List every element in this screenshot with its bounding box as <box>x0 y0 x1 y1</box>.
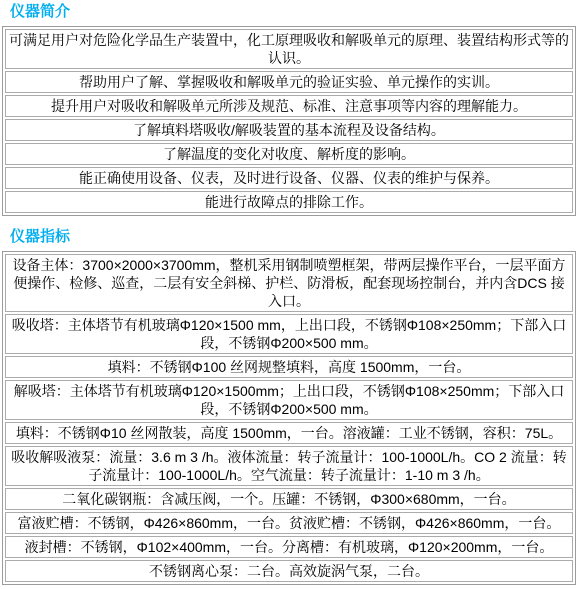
table-row: 吸收塔：主体塔节有机玻璃Φ120×1500 mm，上出口段，不锈钢Φ108×25… <box>5 314 573 354</box>
table-row: 提升用户对吸收和解吸单元所涉及规范、标准、注意事项等内容的理解能力。 <box>5 95 573 117</box>
intro-table: 可满足用户对危险化学品生产装置中，化工原理吸收和解吸单元的原理、装置结构形式等的… <box>2 26 576 216</box>
table-row-text: 了解温度的变化对收度、解析度的影响。 <box>5 143 573 165</box>
specs-section-title: 仪器指标 <box>10 228 580 245</box>
table-row: 能进行故障点的排除工作。 <box>5 191 573 213</box>
specs-table-body: 设备主体：3700×2000×3700mm，整机采用钢制喷塑框架，带两层操作平台… <box>5 254 573 582</box>
table-row: 填料：不锈钢Φ10 丝网散装，高度 1500mm，一台。溶液罐：工业不锈钢，容积… <box>5 422 573 444</box>
table-row: 填料：不锈钢Φ100 丝网规整填料，高度 1500mm，一台。 <box>5 356 573 378</box>
table-row: 设备主体：3700×2000×3700mm，整机采用钢制喷塑框架，带两层操作平台… <box>5 254 573 312</box>
table-row: 了解填料塔吸收/解吸装置的基本流程及设备结构。 <box>5 119 573 141</box>
intro-table-body: 可满足用户对危险化学品生产装置中，化工原理吸收和解吸单元的原理、装置结构形式等的… <box>5 29 573 213</box>
table-row-text: 了解填料塔吸收/解吸装置的基本流程及设备结构。 <box>5 119 573 141</box>
table-row: 解吸塔：主体塔节有机玻璃Φ120×1500mm；上出口段，不锈钢Φ108×250… <box>5 380 573 420</box>
table-row: 液封槽：不锈钢，Φ102×400mm，一台。分离槽：有机玻璃，Φ120×200m… <box>5 536 573 558</box>
table-row: 吸收解吸液泵：流量：3.6 m 3 /h。液体流量：转子流量计：100-1000… <box>5 446 573 486</box>
page: 仪器简介 可满足用户对危险化学品生产装置中，化工原理吸收和解吸单元的原理、装置结… <box>0 0 580 585</box>
table-row: 能正确使用设备、仪表，及时进行设备、仪器、仪表的维护与保养。 <box>5 167 573 189</box>
intro-section-title: 仪器简介 <box>10 3 580 20</box>
table-row-text: 液封槽：不锈钢，Φ102×400mm，一台。分离槽：有机玻璃，Φ120×200m… <box>5 536 573 558</box>
table-row-text: 解吸塔：主体塔节有机玻璃Φ120×1500mm；上出口段，不锈钢Φ108×250… <box>5 380 573 420</box>
table-row-text: 能正确使用设备、仪表，及时进行设备、仪器、仪表的维护与保养。 <box>5 167 573 189</box>
table-row: 富液贮槽：不锈钢，Φ426×860mm，一台。贫液贮槽：不锈钢，Φ426×860… <box>5 512 573 534</box>
table-row: 帮助用户了解、掌握吸收和解吸单元的验证实验、单元操作的实训。 <box>5 71 573 93</box>
table-row: 可满足用户对危险化学品生产装置中，化工原理吸收和解吸单元的原理、装置结构形式等的… <box>5 29 573 69</box>
table-row: 二氧化碳钢瓶：含减压阀，一个。压罐：不锈钢，Φ300×680mm，一台。 <box>5 488 573 510</box>
table-row-text: 可满足用户对危险化学品生产装置中，化工原理吸收和解吸单元的原理、装置结构形式等的… <box>5 29 573 69</box>
table-row-text: 提升用户对吸收和解吸单元所涉及规范、标准、注意事项等内容的理解能力。 <box>5 95 573 117</box>
table-row: 了解温度的变化对收度、解析度的影响。 <box>5 143 573 165</box>
table-row-text: 二氧化碳钢瓶：含减压阀，一个。压罐：不锈钢，Φ300×680mm，一台。 <box>5 488 573 510</box>
table-row-text: 设备主体：3700×2000×3700mm，整机采用钢制喷塑框架，带两层操作平台… <box>5 254 573 312</box>
table-row-text: 能进行故障点的排除工作。 <box>5 191 573 213</box>
table-row-text: 吸收解吸液泵：流量：3.6 m 3 /h。液体流量：转子流量计：100-1000… <box>5 446 573 486</box>
section-intro: 仪器简介 可满足用户对危险化学品生产装置中，化工原理吸收和解吸单元的原理、装置结… <box>0 3 580 216</box>
table-row-text: 填料：不锈钢Φ10 丝网散装，高度 1500mm，一台。溶液罐：工业不锈钢，容积… <box>5 422 573 444</box>
table-row-text: 填料：不锈钢Φ100 丝网规整填料，高度 1500mm，一台。 <box>5 356 573 378</box>
section-specs: 仪器指标 设备主体：3700×2000×3700mm，整机采用钢制喷塑框架，带两… <box>0 228 580 585</box>
table-row: 不锈钢离心泵：二台。高效旋涡气泵，二台。 <box>5 560 573 582</box>
table-row-text: 帮助用户了解、掌握吸收和解吸单元的验证实验、单元操作的实训。 <box>5 71 573 93</box>
table-row-text: 不锈钢离心泵：二台。高效旋涡气泵，二台。 <box>5 560 573 582</box>
table-row-text: 吸收塔：主体塔节有机玻璃Φ120×1500 mm，上出口段，不锈钢Φ108×25… <box>5 314 573 354</box>
specs-table: 设备主体：3700×2000×3700mm，整机采用钢制喷塑框架，带两层操作平台… <box>2 251 576 585</box>
table-row-text: 富液贮槽：不锈钢，Φ426×860mm，一台。贫液贮槽：不锈钢，Φ426×860… <box>5 512 573 534</box>
